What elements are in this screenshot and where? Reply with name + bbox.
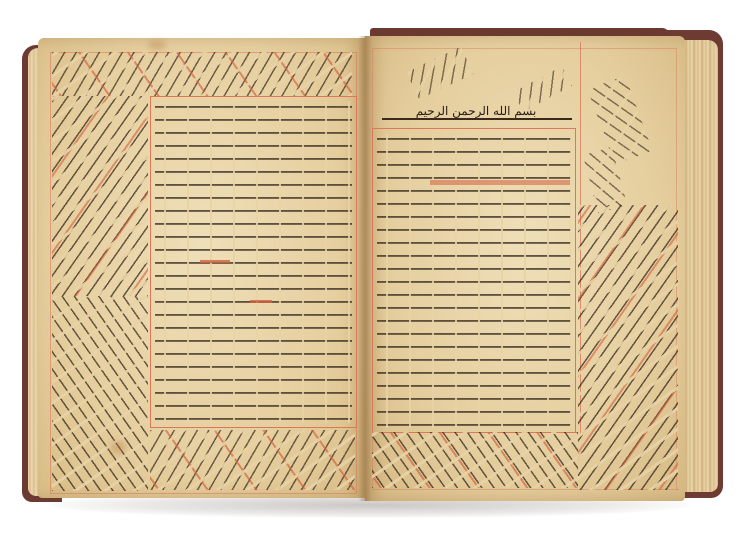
left-rubric-mark: [250, 300, 272, 303]
left-bottom-marginalia: [150, 430, 355, 490]
right-side-marginalia: [578, 205, 678, 490]
right-text-lines: [377, 133, 571, 428]
paper-stain: [148, 40, 166, 50]
left-rubric-mark: [200, 260, 230, 263]
heading-underline: [382, 118, 572, 120]
right-main-text-block: [372, 128, 576, 433]
paper-stain: [110, 440, 126, 454]
page-fore-edge-right: [680, 40, 718, 492]
manuscript-photo: بسم الله الرحمن الرحيم: [0, 0, 750, 540]
right-rubric-line: [430, 180, 570, 185]
left-text-lines: [155, 101, 352, 423]
basmala-heading: بسم الله الرحمن الرحيم: [376, 103, 576, 119]
book-gutter: [358, 36, 372, 501]
left-side-marginalia-upper: [52, 96, 148, 296]
left-top-marginalia: [52, 52, 352, 96]
right-bottom-marginalia: [372, 432, 578, 488]
left-main-text-block: [150, 96, 357, 428]
left-side-marginalia-lower: [52, 296, 148, 491]
